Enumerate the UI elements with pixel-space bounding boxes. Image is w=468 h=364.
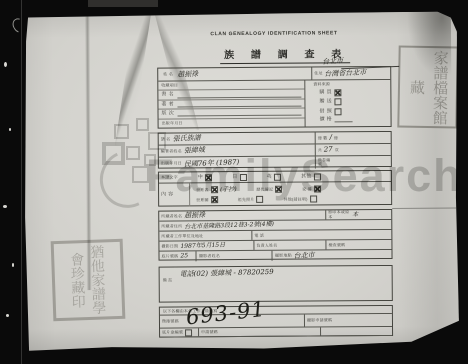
photo-place-value: 台北市 bbox=[294, 252, 315, 260]
pages-value: 27 bbox=[324, 146, 333, 153]
top-right-fold-shadow bbox=[407, 12, 451, 78]
negative-label: 底片號碼 bbox=[162, 254, 179, 258]
pages-label: 共 bbox=[318, 148, 322, 152]
address-label: 住址 bbox=[314, 71, 322, 75]
owner-address-label: 所藏者住所 bbox=[161, 224, 182, 228]
section-notes: 備 註 電話(02) 張緯城 - 87820259 bbox=[159, 265, 393, 303]
option-note: (手抄) bbox=[220, 186, 237, 193]
field-label: 書 名 bbox=[161, 93, 174, 98]
owner-label: 所藏者姓名 bbox=[161, 214, 182, 218]
source-header: 資料來源 bbox=[313, 82, 390, 87]
checkbox bbox=[334, 98, 341, 105]
film-speck bbox=[9, 128, 11, 131]
checkbox bbox=[205, 174, 212, 181]
owner-address-value: 台北市基隆路3段12巷3-2號(4樓) bbox=[184, 221, 274, 230]
checkbox bbox=[211, 186, 218, 193]
title-label: 譜 名 bbox=[161, 137, 171, 141]
checkbox bbox=[314, 173, 321, 180]
document-page: CLAN GENEALOGY IDENTIFICATION SHEET 族 譜 … bbox=[23, 11, 459, 352]
section-bibliographic: 姓 名 趙振祿 住址 台灣省台北市 收藏項目 書 名 著 者 版 次 出版年月日 bbox=[157, 66, 391, 129]
checkbox bbox=[240, 173, 247, 180]
notes-value: 電話(02) 張緯城 - 87820259 bbox=[180, 269, 274, 278]
option-label: 贈 送 bbox=[319, 99, 332, 104]
owner-value: 趙振祿 bbox=[184, 212, 205, 220]
section-office-use: 以下各欄由本會工作人員填寫 微捲號碼 攝影申請號碼 底片盒編號 申請號碼 bbox=[159, 305, 393, 338]
author-value: 張緯城 bbox=[184, 147, 205, 155]
checkbox bbox=[334, 108, 341, 115]
blank-line bbox=[177, 91, 301, 98]
phone-label: 電 話 bbox=[254, 233, 264, 237]
option-label: 中 bbox=[198, 175, 203, 180]
microfilm-frame: CLAN GENEALOGY IDENTIFICATION SHEET 族 譜 … bbox=[0, 0, 468, 364]
checkbox bbox=[274, 173, 281, 180]
copy-value: 本 bbox=[352, 212, 358, 218]
section-title-author: 譜 名 張氏族譜 冊 數 / 冊 編著者姓名 張緯城 共 27 bbox=[158, 131, 392, 169]
field-label: 出版年月日 bbox=[162, 121, 183, 125]
price-label: 價 格 bbox=[320, 117, 333, 122]
genealogy-form: 姓 名 趙振祿 住址 台灣省台北市 收藏項目 書 名 著 者 版 次 出版年月日 bbox=[157, 66, 393, 340]
copy-label: 影印本或原本 bbox=[328, 210, 350, 219]
option-label: 其他(請註明) bbox=[284, 197, 308, 201]
title-value: 張氏族譜 bbox=[172, 135, 200, 143]
content-label: 內 容 bbox=[161, 192, 174, 197]
language-label: 本譜文字 bbox=[161, 175, 178, 179]
film-edge-line bbox=[21, 0, 22, 364]
field-label: 著 者 bbox=[161, 102, 174, 107]
volumes-label: 冊 數 bbox=[318, 136, 328, 140]
option-label: 其他 bbox=[301, 174, 312, 179]
name-label: 姓 名 bbox=[163, 72, 173, 76]
option-label: 日 bbox=[232, 175, 237, 180]
film-number-label: 微卷編號 bbox=[318, 158, 332, 167]
volumes-value: / bbox=[329, 134, 332, 141]
option-label: 英 bbox=[267, 174, 272, 179]
request-number-label: 攝影申請號碼 bbox=[307, 318, 332, 322]
option-label: 借 照 bbox=[319, 109, 332, 114]
box-number-label: 底片盒編號 bbox=[162, 330, 183, 334]
author-label: 編著者姓名 bbox=[161, 149, 182, 153]
film-speck bbox=[3, 205, 7, 208]
option-label: 世系表 bbox=[196, 188, 209, 192]
photo-date-label: 攝影日期 bbox=[161, 244, 178, 248]
field-label: 版 次 bbox=[162, 111, 175, 116]
address-value: 台灣省台北市 bbox=[325, 69, 367, 78]
section-owner: 所藏者姓名 趙振祿 影印本或原本 本 所藏者住所 台北市基隆路3段12巷3-2號… bbox=[158, 209, 392, 261]
option-label: 歷代傳記 bbox=[256, 187, 273, 191]
film-speck bbox=[12, 263, 14, 267]
blank-line bbox=[177, 101, 301, 108]
field-label: 收藏項目 bbox=[161, 84, 178, 88]
option-label: 祖先照片 bbox=[238, 197, 255, 201]
manager-label: 負責人姓名 bbox=[256, 243, 277, 247]
film-top-artifact bbox=[88, 0, 158, 7]
apply-number-label: 申請號碼 bbox=[201, 330, 218, 334]
pubdate-label: 出版年月日 bbox=[161, 161, 182, 165]
option-label: 世系圖 bbox=[196, 198, 209, 202]
photo-date-value: 1987年5月15日 bbox=[180, 242, 225, 249]
blank-line bbox=[334, 118, 352, 122]
photographer-label: 攝影者姓名 bbox=[199, 254, 220, 258]
notes-label: 備 註 bbox=[163, 277, 173, 282]
checkbox bbox=[211, 196, 218, 203]
work-unit-label: 所藏者工作單位及地址 bbox=[161, 234, 203, 238]
photo-place-label: 攝影地點 bbox=[275, 254, 292, 258]
film-scratch-mark bbox=[10, 16, 28, 35]
blank-line bbox=[177, 110, 301, 117]
checkbox bbox=[275, 186, 282, 193]
volumes-unit: 冊 bbox=[334, 136, 338, 140]
checkbox bbox=[334, 89, 341, 96]
pages-unit: 頁 bbox=[335, 148, 339, 152]
checkbox bbox=[314, 185, 321, 192]
name-value: 趙振祿 bbox=[177, 70, 198, 78]
checkbox bbox=[310, 195, 317, 202]
pubdate-value: 民國76年 (1987) bbox=[184, 159, 240, 168]
option-label: 購 買 bbox=[319, 90, 332, 95]
check-number-label: 檢查號碼 bbox=[328, 243, 345, 247]
film-speck bbox=[4, 62, 7, 67]
checkbox bbox=[257, 196, 264, 203]
file-number-label: 微捲號碼 bbox=[162, 319, 179, 323]
negative-value: 25 bbox=[180, 253, 188, 259]
film-speck bbox=[6, 314, 9, 317]
option-label: 家 傳 bbox=[302, 187, 312, 191]
checkbox bbox=[185, 329, 192, 336]
section-contents: 本譜文字 中 日 英 其他 內 容 世系表(手抄) 歷代傳記 家 傳 bbox=[158, 170, 392, 207]
